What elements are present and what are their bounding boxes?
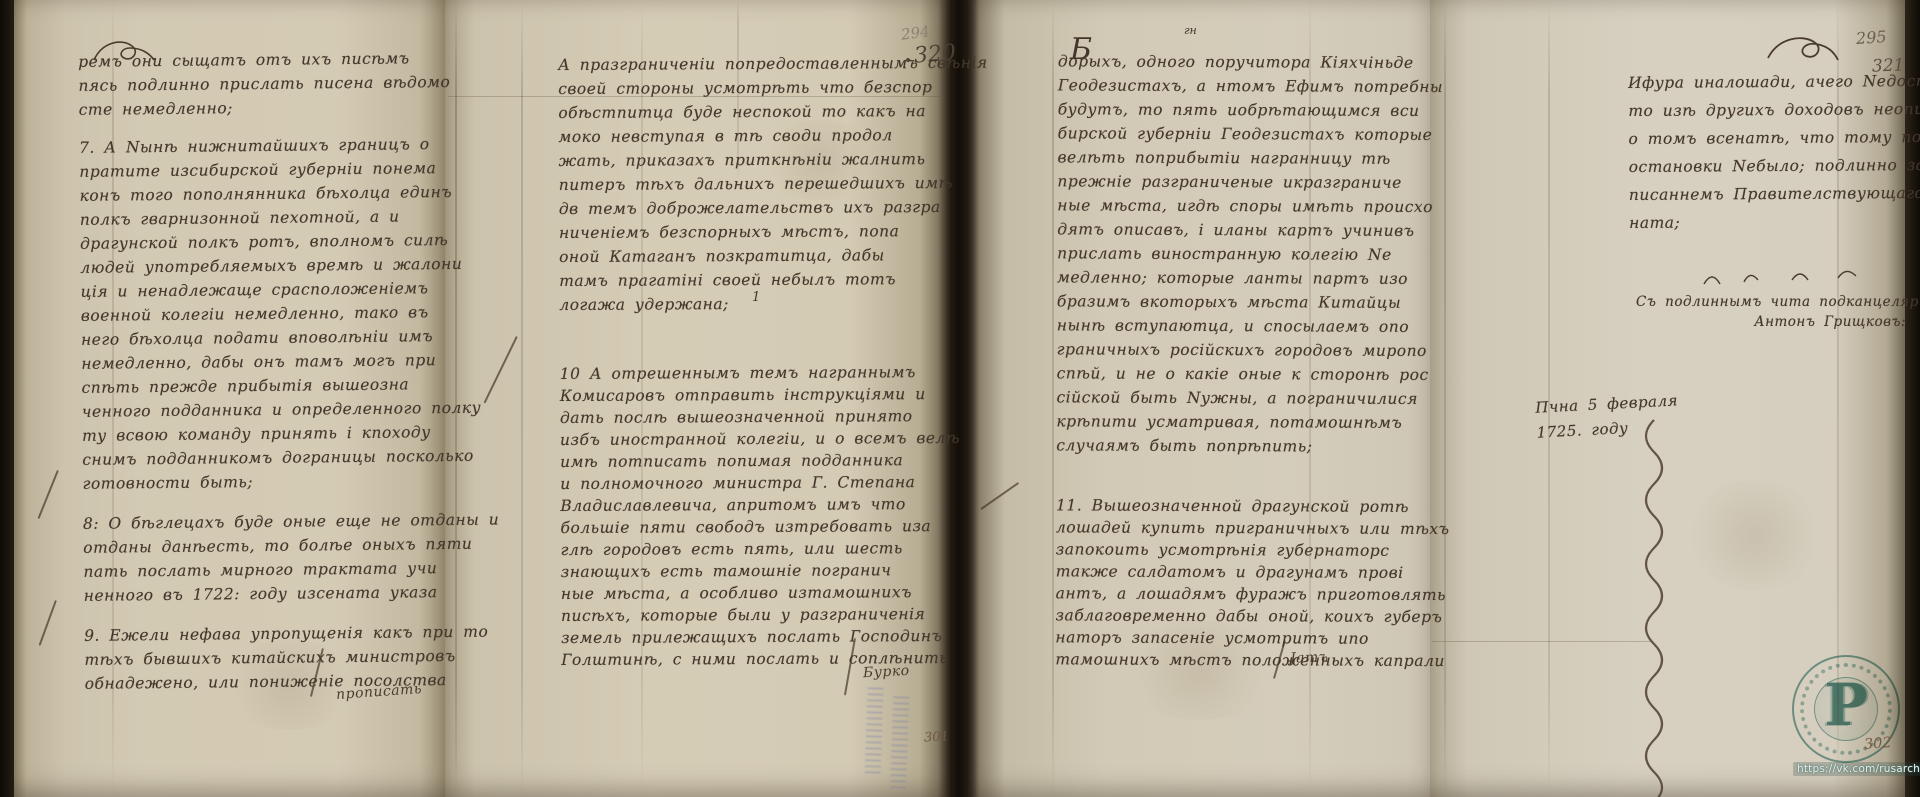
manuscript-scan: ремъ они сыщатъ отъ ихъ писѣмъпясь подли…	[0, 0, 1920, 797]
manuscript-line: дв темъ доброжелательствъ ихъ разгра	[559, 195, 989, 221]
manuscript-line: Съ подлиннымъ чита подканцеляристъ	[1636, 292, 1906, 312]
paragraph-continuation: дорыхъ, одного поручитора КіяхчіньдеГеод…	[1056, 49, 1443, 459]
leaf-number: 301	[924, 729, 950, 745]
manuscript-line: земель прилежащихъ послать Господинъ	[561, 625, 961, 649]
manuscript-line: конъ того пополнянника бѣхолца единъ	[79, 180, 479, 208]
manuscript-line: крѣпити усматривая, потамошнѣмъ	[1056, 409, 1441, 435]
manuscript-line: дать послѣ вышеозначенной принято	[560, 405, 960, 429]
wavy-ink-line	[1626, 418, 1686, 797]
manuscript-line: ные мѣста, а особливо изтамошнихъ	[561, 581, 961, 605]
manuscript-line: то изѣ другихъ доходовъ неописываясь	[1628, 94, 1920, 125]
manuscript-line: остановки Nебыло; подлинно заповѣ	[1629, 150, 1920, 181]
paragraph-item-10: 10 А отрешеннымъ темъ награннымъКомисаро…	[560, 361, 962, 671]
manuscript-line: спѣй, и не о какіе оные к сторонѣ рос	[1057, 361, 1442, 387]
paragraph-intro: ремъ они сыщатъ отъ ихъ писѣмъпясь подли…	[78, 46, 451, 122]
manuscript-line: тамошнихъ мѣстъ положенныхъ капрали	[1055, 648, 1449, 672]
manuscript-line: велѣть поприбытіи награнницу тѣ	[1057, 145, 1442, 171]
manuscript-line: писаннемъ Правителствующаго Се	[1629, 178, 1920, 209]
manuscript-line: знающихъ есть тамошніе погранич	[561, 559, 961, 583]
manuscript-line: прежніе разграниченые икразграниче	[1057, 169, 1442, 195]
faded-archive-ink-stamp	[860, 685, 917, 783]
book-edge-left	[0, 0, 14, 797]
signature-flourish	[1700, 264, 1880, 292]
manuscript-line: бразимъ вкоторыхъ мѣста Китайцы	[1057, 289, 1442, 315]
manuscript-line: обѣстпитца буде неспокой то какъ на	[558, 99, 988, 125]
manuscript-line: питеръ тѣхъ дальнихъ перешедшихъ имѣ	[559, 171, 989, 197]
manuscript-line: своей стороны усмотрѣть что безспор	[558, 75, 988, 101]
manuscript-line: Ифура иналошади, ачего Nедостанетъ	[1628, 66, 1920, 97]
manuscript-line: жать, приказахъ приткнѣніи жалнить	[559, 147, 989, 173]
manuscript-line: готовности быть;	[82, 468, 482, 496]
stamp-monogram: Р	[1792, 671, 1900, 739]
paragraph-item-11: 11. Вышеозначенной драгунской ротѣлошаде…	[1055, 494, 1449, 672]
manuscript-line: Антонъ Грищковъ:	[1636, 312, 1906, 332]
paper-crease-horizontal	[1432, 641, 1652, 642]
manuscript-line: также салдатомъ и драгунамъ прові	[1056, 560, 1450, 584]
manuscript-line: дорыхъ, одного поручитора Кіяхчіньде	[1058, 49, 1443, 75]
page-number-pencil: 294	[900, 22, 931, 43]
leaf-number: 302	[1863, 735, 1892, 753]
manuscript-line: 10 А отрешеннымъ темъ награннымъ	[560, 361, 960, 385]
manuscript-line: Комисаровъ отправить інструкціями и	[560, 383, 960, 407]
paper-crease	[1052, 0, 1054, 797]
manuscript-line: ные мѣста, игдѣ споры имѣть происхо	[1057, 193, 1442, 219]
paragraph-item-7: 7. А Nынѣ нижнитайшихъ границъ опратите …	[79, 132, 482, 496]
manuscript-line: о томъ всенатѣ, что тому походу	[1628, 122, 1920, 153]
manuscript-line: граничныхъ російскихъ городовъ миропо	[1057, 337, 1442, 363]
manuscript-line: ниченіемъ безспорныхъ мѣстъ, попа	[559, 219, 989, 245]
manuscript-line: ната;	[1629, 206, 1920, 237]
manuscript-line: оной Катаганъ позкратитца, дабы	[559, 243, 989, 269]
manuscript-line: заблаговременно дабы оной, коихъ губеръ	[1055, 604, 1449, 628]
manuscript-line: нынѣ вступаютца, и спосылаемъ опо	[1057, 313, 1442, 339]
manuscript-line: сте немедленно;	[79, 94, 451, 122]
vk-watermark-url: https://vk.com/rusarchives	[1793, 762, 1920, 776]
manuscript-line: ненного въ 1722: году изсената указа	[84, 579, 501, 607]
paper-crease	[521, 0, 523, 797]
paragraph-continuation: А празграниченіи попредоставленнымъ свѣн…	[558, 51, 989, 317]
margin-mark: 1	[752, 290, 760, 305]
manuscript-line: прислать виностранную колегію Nе	[1057, 241, 1442, 267]
manuscript-line: медленно; которые ланты партъ изо	[1057, 265, 1442, 291]
manuscript-line: бирской губерніи Геодезистахъ которые	[1058, 121, 1443, 147]
manuscript-line: немедленно, дабы онъ тамъ могъ при	[81, 348, 481, 376]
manuscript-line: дятъ описавъ, і иланы картъ учинивъ	[1057, 217, 1442, 243]
manuscript-line: запокоить усмотрѣнія губернаторс	[1056, 538, 1450, 562]
paper-stain	[1680, 480, 1830, 590]
manuscript-line: логажа удержана;	[559, 291, 989, 317]
catchword: Јатъ	[1290, 649, 1329, 666]
superscript-mark: гн	[1184, 24, 1197, 37]
clerk-signature: Съ подлиннымъ чита подканцеляристъАнтонъ…	[1636, 292, 1906, 332]
manuscript-line: снимъ подданникомъ дограницы посколько	[82, 444, 482, 472]
manuscript-line: избъ иностранной колегіи, и о всемъ велѣ	[560, 427, 960, 451]
manuscript-line: случаямъ быть попрѣпить;	[1056, 433, 1441, 459]
page-number-pencil: 295	[1855, 27, 1887, 48]
manuscript-line: писѣхъ, которые были у разграниченія	[561, 603, 961, 627]
manuscript-line: Геодезистахъ, а нтомъ Ефимъ потребны	[1058, 73, 1443, 99]
text-column-3: дорыхъ, одного поручитора КіяхчіньдеГеод…	[1058, 49, 1358, 50]
pen-flourish	[1764, 34, 1840, 64]
manuscript-line: будутъ, то пять иобрѣтающимся вси	[1058, 97, 1443, 123]
manuscript-line: имѣ потписать попимая подданника	[560, 449, 960, 473]
manuscript-line: большіе пяти свободъ изтребовать иза	[560, 515, 960, 539]
paper-crease	[1444, 0, 1446, 797]
manuscript-line: антъ, а лошадямъ фуражъ приготовлять	[1056, 582, 1450, 606]
manuscript-line: наторъ запасеніе усмотритъ ипо	[1055, 626, 1449, 650]
manuscript-line: тамъ прагатіні своей небылъ тотъ	[559, 267, 989, 293]
manuscript-line: пясь подлинно прислать писена вѣдомо	[78, 70, 450, 98]
manuscript-line: обнадежено, или пониженіе посолства	[85, 668, 489, 696]
manuscript-line: и полномочного министра Г. Степана	[560, 471, 960, 495]
paragraph-item-9: 9. Ежели нефава упропущенія какъ при тот…	[84, 620, 489, 696]
paragraph-item-8: 8: О бѣглецахъ буде оные еще не отданы и…	[83, 508, 500, 608]
paragraph-final: Ифура иналошади, ачего Nедостанетъто изѣ…	[1628, 66, 1920, 237]
catchword: Бурко	[863, 663, 910, 681]
manuscript-line: А празграниченіи попредоставленнымъ свѣн…	[558, 51, 988, 77]
manuscript-line: 11. Вышеозначенной драгунской ротѣ	[1056, 494, 1450, 518]
manuscript-line: моко невступая в тѣ своди продол	[558, 123, 988, 149]
manuscript-line: сійской быть Nужны, а пограничилися	[1056, 385, 1441, 411]
manuscript-line: Владиславлевича, апритомъ имъ что	[560, 493, 960, 517]
manuscript-line: глѣ городовъ есть пять, или шесть	[561, 537, 961, 561]
manuscript-line: лошадей купить приграничныхъ или тѣхъ	[1056, 516, 1450, 540]
